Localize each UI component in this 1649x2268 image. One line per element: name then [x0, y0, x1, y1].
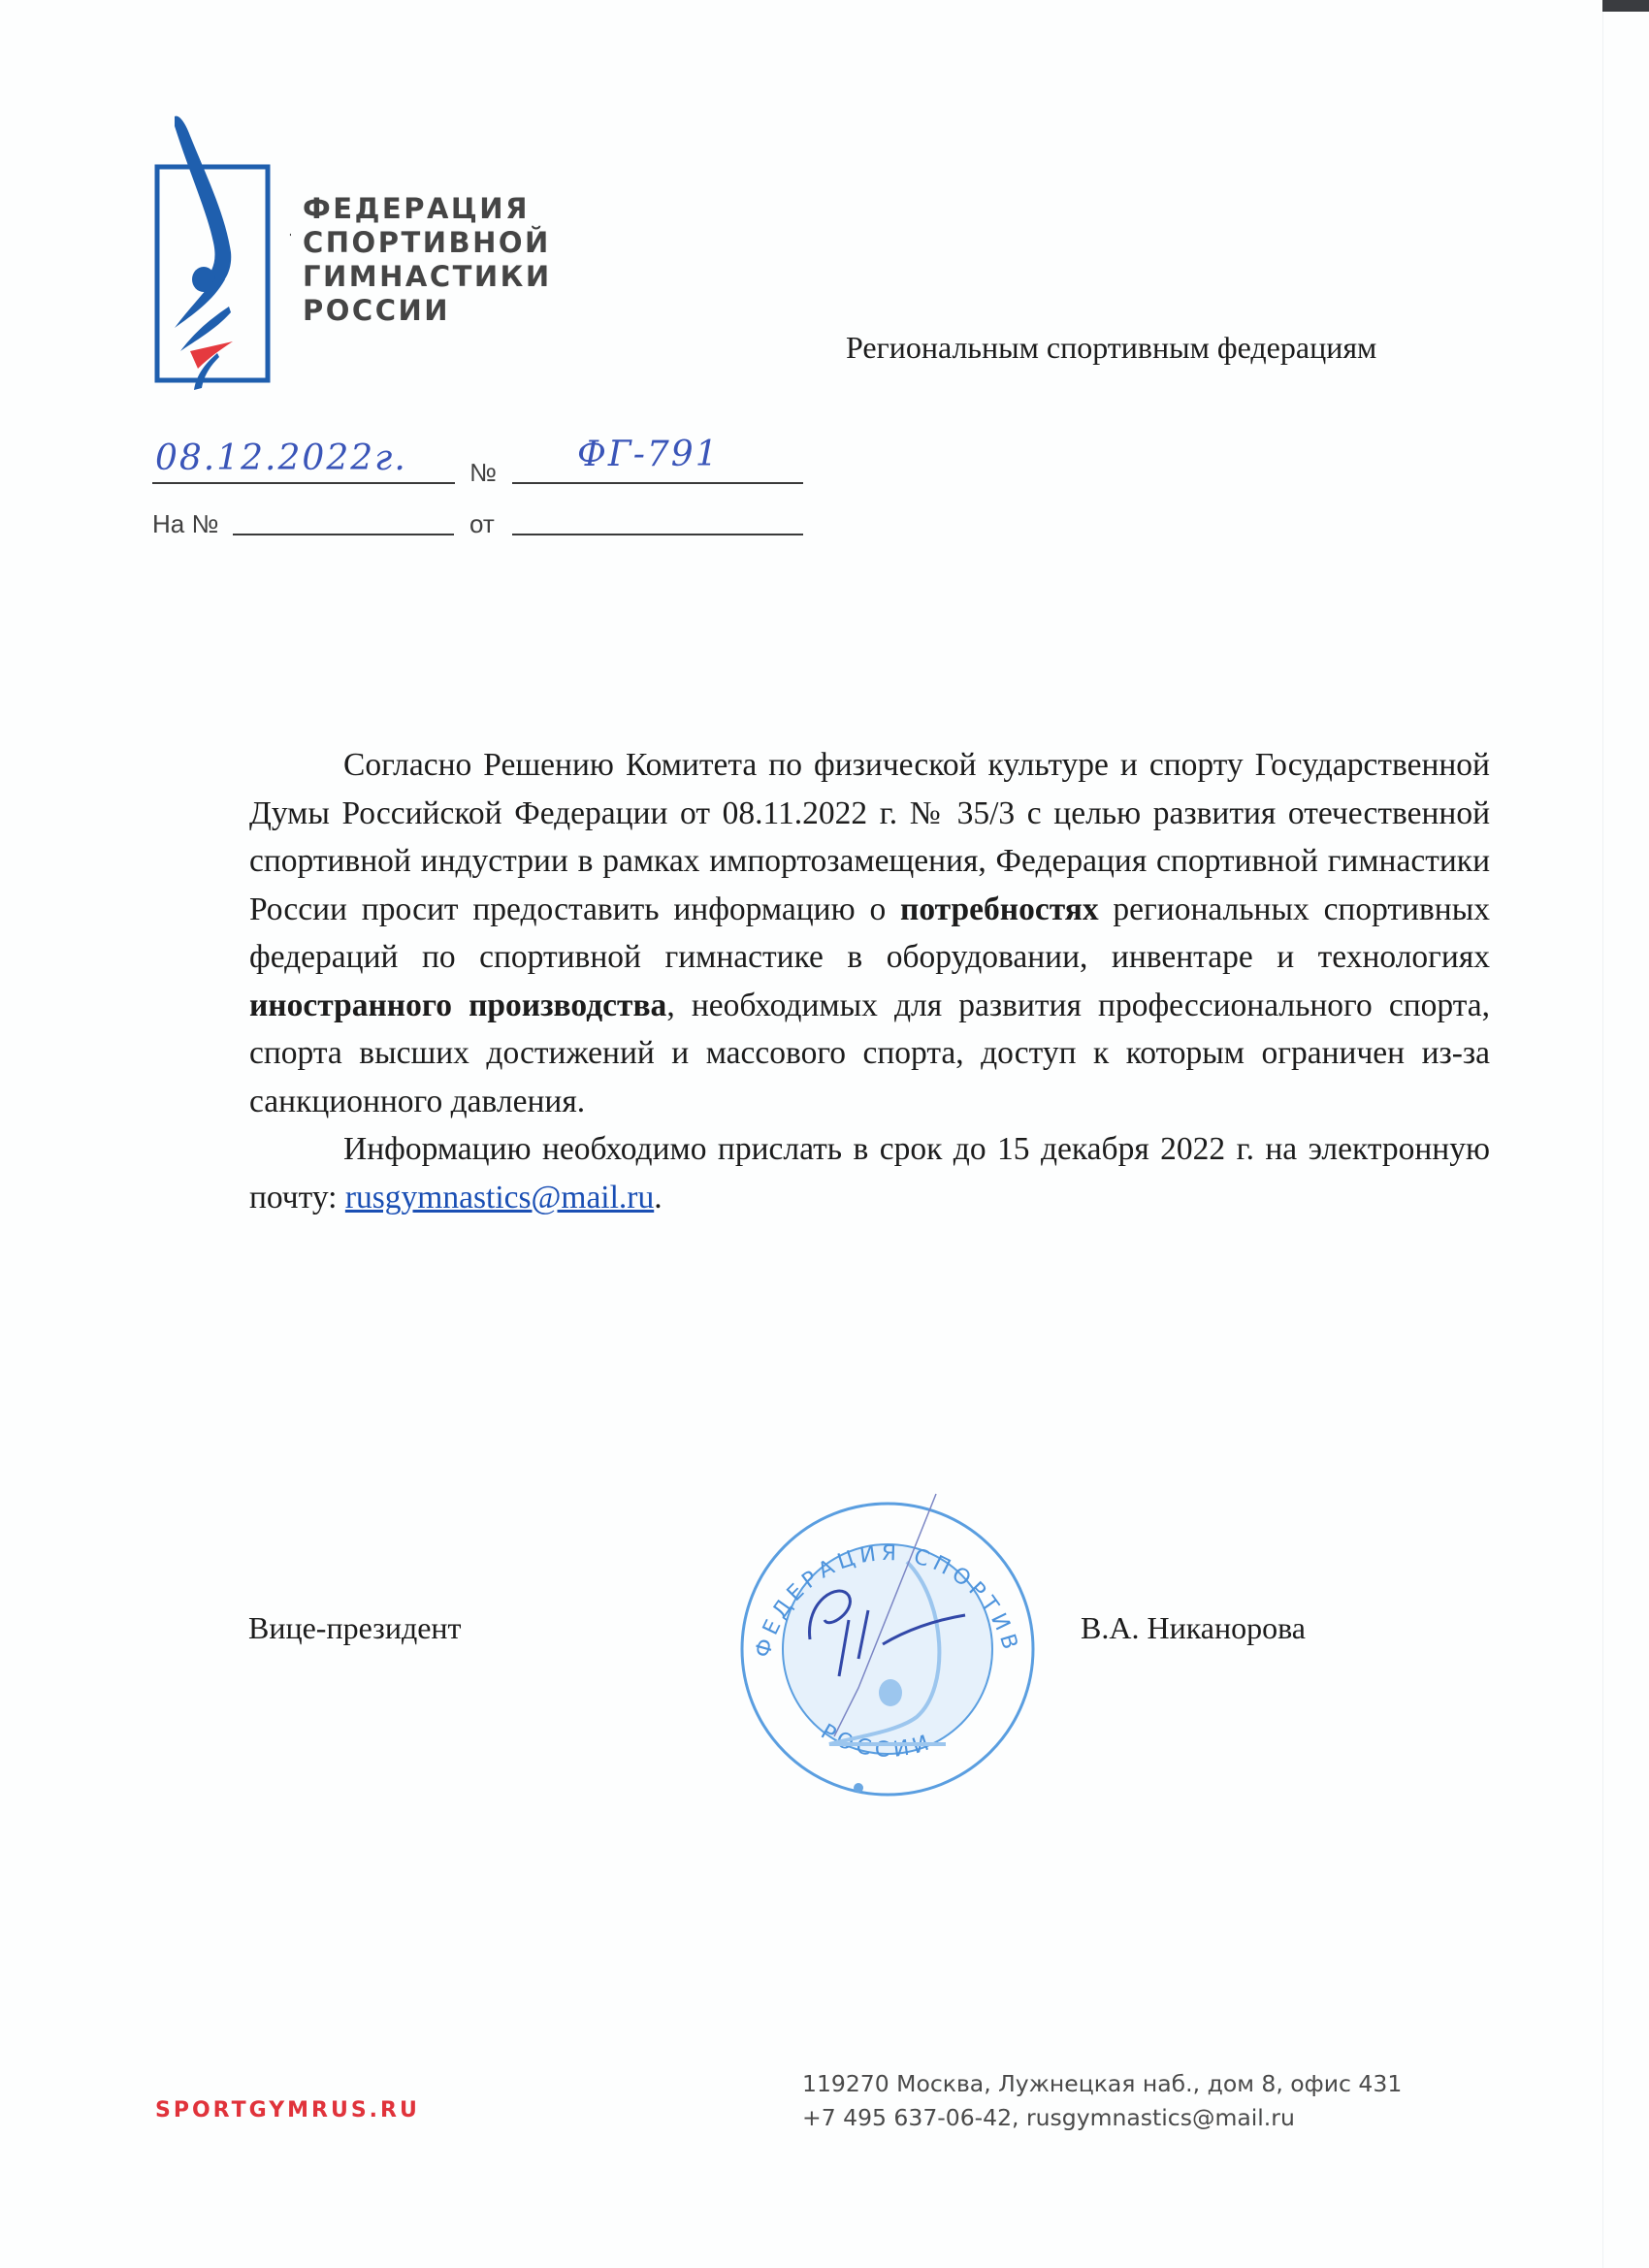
- emphasis-foreign: иностранного производства: [249, 988, 666, 1023]
- letter-body: Согласно Решению Комитета по физической …: [249, 741, 1490, 1221]
- footer-phone-email: +7 495 637-06-42, rusgymnastics@mail.ru: [802, 2101, 1402, 2135]
- handwritten-date: 08.12.2022г.: [155, 438, 407, 478]
- from-label: от: [469, 509, 495, 539]
- signatory-role: Вице-президент: [248, 1610, 462, 1646]
- paragraph-deadline: Информацию необходимо прислать в срок до…: [249, 1125, 1490, 1221]
- emphasis-needs: потребностях: [900, 891, 1099, 927]
- scan-edge-line: [1602, 12, 1603, 2268]
- addressee: Региональным спортивным федерациям: [846, 330, 1376, 366]
- footer-contacts: 119270 Москва, Лужнецкая наб., дом 8, оф…: [802, 2067, 1402, 2135]
- scan-edge-strip: [1602, 0, 1649, 12]
- number-label: №: [469, 458, 497, 488]
- footer-website[interactable]: SPORTGYMRUS.RU: [155, 2098, 420, 2122]
- date-line: [152, 482, 455, 484]
- reply-to-label: На №: [152, 509, 218, 539]
- org-name: ФЕДЕРАЦИЯ СПОРТИВНОЙ ГИМНАСТИКИ РОССИИ: [303, 192, 552, 328]
- email-link[interactable]: rusgymnastics@mail.ru: [345, 1180, 654, 1215]
- number-line: [512, 482, 803, 484]
- federation-logo-icon: [145, 107, 291, 398]
- signatory-name: В.А. Никанорова: [1081, 1610, 1306, 1646]
- org-name-line: СПОРТИВНОЙ: [303, 226, 552, 260]
- handwritten-number: ФГ-791: [577, 435, 720, 474]
- org-name-line: ФЕДЕРАЦИЯ: [303, 192, 552, 226]
- footer-address: 119270 Москва, Лужнецкая наб., дом 8, оф…: [802, 2067, 1402, 2101]
- org-name-line: ГИМНАСТИКИ: [303, 260, 552, 294]
- paragraph-request: Согласно Решению Комитета по физической …: [249, 741, 1490, 1125]
- from-line: [512, 534, 803, 535]
- official-stamp-icon: ФЕДЕРАЦИЯ СПОРТИВНОЙ ГИМНАСТИКИ РОССИИ: [713, 1465, 1062, 1814]
- reply-to-line: [233, 534, 454, 535]
- org-name-line: РОССИИ: [303, 294, 552, 328]
